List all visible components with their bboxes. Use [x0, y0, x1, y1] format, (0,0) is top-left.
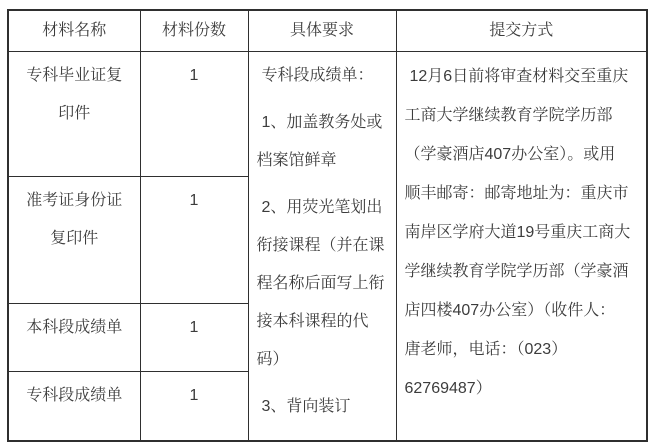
- table-header-row: 材料名称 材料份数 具体要求 提交方式: [8, 10, 647, 51]
- requirement-item: 3、背向装订: [257, 388, 388, 426]
- requirements-cell: 专科段成绩单： 1、加盖教务处或档案馆鲜章 2、用荧光笔划出衔接课程（并在课程名…: [248, 51, 396, 441]
- material-name-cell: 专科段成绩单: [8, 371, 140, 441]
- material-copies-cell: 1: [140, 51, 248, 176]
- material-copies-cell: 1: [140, 176, 248, 303]
- material-name-cell: 准考证身份证复印件: [8, 176, 140, 303]
- requirement-item: 1、加盖教务处或档案馆鲜章: [257, 104, 388, 180]
- materials-table: 材料名称 材料份数 具体要求 提交方式 专科毕业证复印件 1 专科段成绩单： 1…: [7, 9, 648, 442]
- submission-cell: 12月6日前将审查材料交至重庆工商大学继续教育学院学历部（学豪酒店407办公室）…: [396, 51, 647, 441]
- material-name-cell: 专科毕业证复印件: [8, 51, 140, 176]
- material-name-cell: 本科段成绩单: [8, 303, 140, 371]
- submission-text: 12月6日前将审查材料交至重庆工商大学继续教育学院学历部（学豪酒店407办公室）…: [405, 57, 632, 408]
- header-material-name: 材料名称: [8, 10, 140, 51]
- header-material-copies: 材料份数: [140, 10, 248, 51]
- material-copies-cell: 1: [140, 303, 248, 371]
- header-submission-method: 提交方式: [396, 10, 647, 51]
- table-row: 专科毕业证复印件 1 专科段成绩单： 1、加盖教务处或档案馆鲜章 2、用荧光笔划…: [8, 51, 647, 176]
- requirements-title: 专科段成绩单：: [257, 57, 388, 95]
- material-copies-cell: 1: [140, 371, 248, 441]
- header-specific-requirements: 具体要求: [248, 10, 396, 51]
- requirement-item: 2、用荧光笔划出衔接课程（并在课程名称后面写上衔接本科课程的代码）: [257, 189, 388, 379]
